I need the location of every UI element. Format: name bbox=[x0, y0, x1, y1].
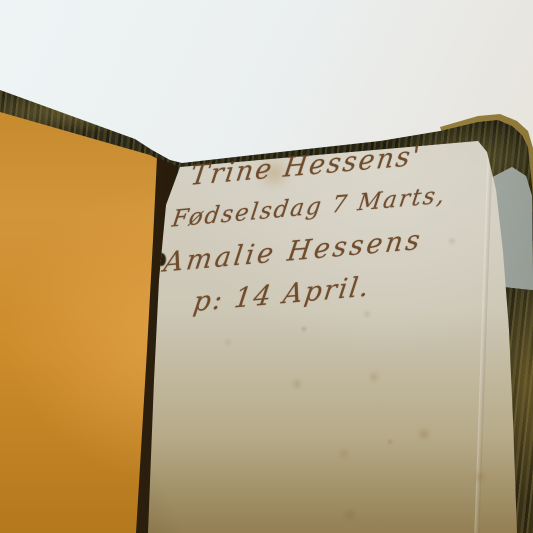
inscription-line-4: p: 14 April. bbox=[191, 271, 372, 318]
inscription-line-3: Amalie Hessens bbox=[162, 225, 425, 279]
handwritten-inscription: Trine Hessens' Fødselsdag 7 Marts, Amali… bbox=[152, 117, 520, 367]
book-photograph: Trine Hessens' Fødselsdag 7 Marts, Amali… bbox=[0, 0, 533, 533]
inscription-line-1: Trine Hessens' bbox=[188, 140, 423, 192]
foxing-spots bbox=[0, 0, 2, 2]
